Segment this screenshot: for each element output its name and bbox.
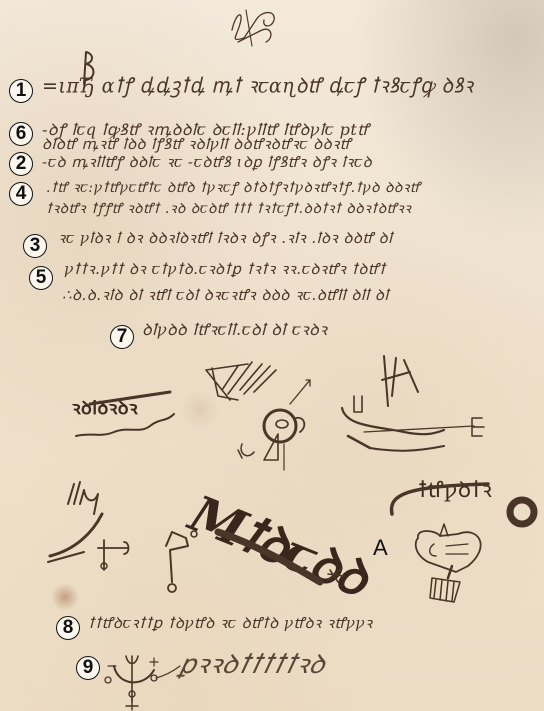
cipher-line-2: -ꞇꝺ ꝳꝛꝉꝉꝷꝭ ꝺꝺꝉꞇ ꝛꞇ -ꞇꝺꝷꝸ ɩꝺꝑ ꝉꝭꝸꝷꝛ ꝺꝭꝛ ꝉ…: [42, 152, 372, 172]
label-7: 7: [110, 325, 134, 349]
label-2: 2: [9, 152, 33, 176]
venus-sigil: [104, 652, 184, 711]
cipher-line-5b: ∴ꝺ.ꝺ.ꝛꝉꝺ ꝺꝉ ꝛꝷꝉ ꞇꝺꝉ ꝺꝛꞇꝛꝷꝛ ꝺꝺꝺ ꝛꞇ.ꝺꝷꝉꝉ ꝺ…: [62, 285, 389, 305]
monogram-glyph: [222, 2, 282, 52]
label-1: 1: [9, 79, 33, 103]
label-9: 9: [76, 656, 100, 680]
cipher-line-2a: ꝺꝉꝺꝷ ꝳꝛꝷ ꝉꝺꝺ ꝉꝭꝸꝷ ꝛꝺꝉꝩꝉꝉ ꝺꝺꝷꝛꝺꝷꝛꞇ ꝺꝺꝛꝷ: [42, 134, 351, 154]
scribble-sigil: [198, 360, 318, 470]
cipher-line-8: ꝉꝉꝷꝺꞇꝛꝉꝉꝑ ꝉꝺꝩꝷꝺ ꝛꞇ ꝺꝷꝉꝺ ꝩꝷꝺꝛ ꝛꝷꝩꝩꝛ: [88, 613, 373, 633]
label-5: 5: [29, 266, 53, 290]
cipher-line-4: .ꝉꝷ ꝛꞇ:ꝩꝉꝷꝩꞇꝷꝉꞇ ꝺꝷꝺ ꝉꝩꝛꞇꝭ ꝺꝉꝺꝉꝭꝛꝉꝩꝺꝛꝷꝛꝉꝭ…: [46, 178, 420, 197]
cipher-line-1: =ιπЂ ɑꝉꝭ ꝱꝱꝫꝉꝱ ꝳꝉ ꝛꞇɑɳꝺꝷ ꝱꞇꝭ ꝉꝛꝸꞇꝭꝙ ꝺꝸꝛ: [42, 71, 473, 100]
signature-underline-stroke: [210, 470, 350, 590]
cipher-line-9: ꝑꝛꝛꝺꝉꝉꝉꝉꝉꝛꝺ: [176, 645, 329, 681]
wave-flourish: [70, 388, 180, 444]
cipher-line-3: ꝛꞇ ꝩꝉꝺꝛ ꝉ ꝺꝛ ꝺꝺꝛꝉꝺꝛꝷꝉ ꝉꝛꝺꝛ ꝺꝭꝛ .ꝛꝉꝛ .ꝉꝺꝛ…: [58, 228, 393, 248]
heart-seal-sigil: [388, 470, 544, 610]
label-3: 3: [23, 234, 47, 258]
fish-trident-sigil: [334, 356, 494, 466]
anchor-sigil: [160, 526, 210, 596]
hook-sigil: [44, 474, 144, 574]
label-A: A: [373, 535, 388, 561]
label-4: 4: [9, 182, 33, 206]
cipher-line-5: ꝩꝉꝉꝛ.ꝩꝉꝉ ꝺꝛ ꞇꝉꝩꝉꝺ.ꞇꝛꝺꝉꝑ ꝉꝛꝉꝛ ꝛꝛ.ꞇꝺꝛꝷꝛ ꝉꝺ…: [64, 259, 386, 279]
label-6: 6: [9, 122, 33, 146]
ink-stain: [52, 582, 78, 612]
cipher-line-7: ꝺꝉꝩꝺꝺ ꝉꝷꝛꞇꝉꝉ.ꞇꝺꝉ ꝺꝉ ꞇꝛꝺꝛ: [142, 318, 327, 340]
label-8: 8: [56, 616, 80, 640]
cipher-line-4b: ꝉꝛꝺꝷꝛ ꝉꝭꝭꝷ ꝛꝺꝷꝉ .ꝛꝺ ꝺꞇꝺꝷ ꝉꝉꝉ ꝉꝛꝉꞇꝭꝉ.ꝺꝺꝉꝛ…: [46, 199, 411, 218]
